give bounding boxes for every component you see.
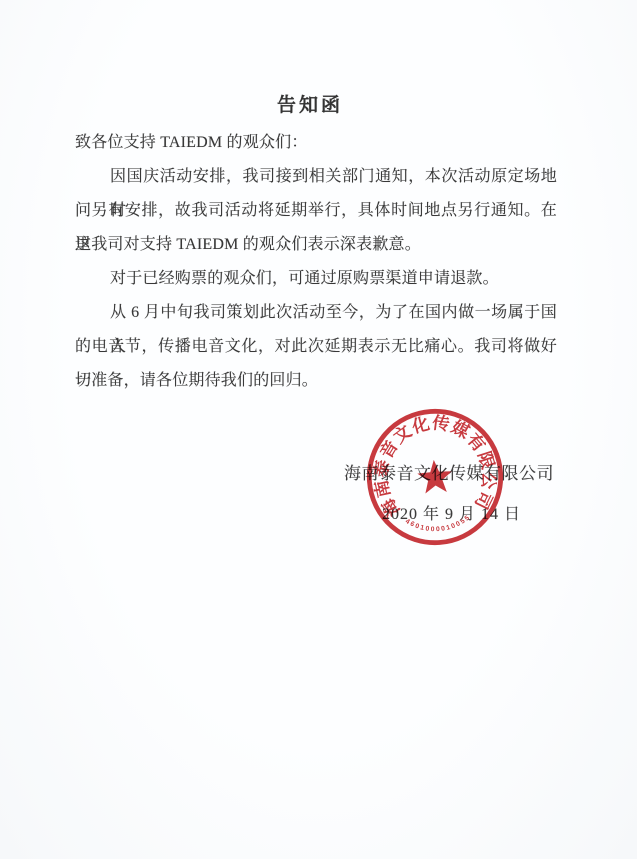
stamp-star-icon	[416, 459, 453, 494]
body-line: 切准备，请各位期待我们的回归。	[75, 364, 557, 398]
salutation-line: 致各位支持 TAIEDM 的观众们：	[75, 126, 557, 160]
letter-title: 告知函	[0, 90, 620, 117]
body-line: 问另有安排，故我司活动将延期举行，具体时间地点另行通知。在这	[75, 194, 557, 228]
stamp-serial-text: 4601000010055	[404, 513, 473, 535]
letter-page: 告知函 致各位支持 TAIEDM 的观众们： 因国庆活动安排，我司接到相关部门通…	[0, 0, 637, 859]
company-seal-stamp: 海南泰音文化传媒有限公司 4601000010055	[357, 399, 513, 555]
body-line: 对于已经购票的观众们，可通过原购票渠道申请退款。	[75, 262, 557, 296]
body-line: 的电音节，传播电音文化，对此次延期表示无比痛心。我司将做好一	[75, 330, 557, 364]
stamp-serial-arc-text: 4601000010055	[404, 513, 473, 535]
letter-body: 致各位支持 TAIEDM 的观众们： 因国庆活动安排，我司接到相关部门通知，本次…	[75, 126, 557, 398]
body-line: 从 6 月中旬我司策划此次活动至今，为了在国内做一场属于国人	[75, 296, 557, 330]
body-line: 里我司对支持 TAIEDM 的观众们表示深表歉意。	[75, 228, 557, 262]
body-line: 因国庆活动安排，我司接到相关部门通知，本次活动原定场地时	[75, 160, 557, 194]
